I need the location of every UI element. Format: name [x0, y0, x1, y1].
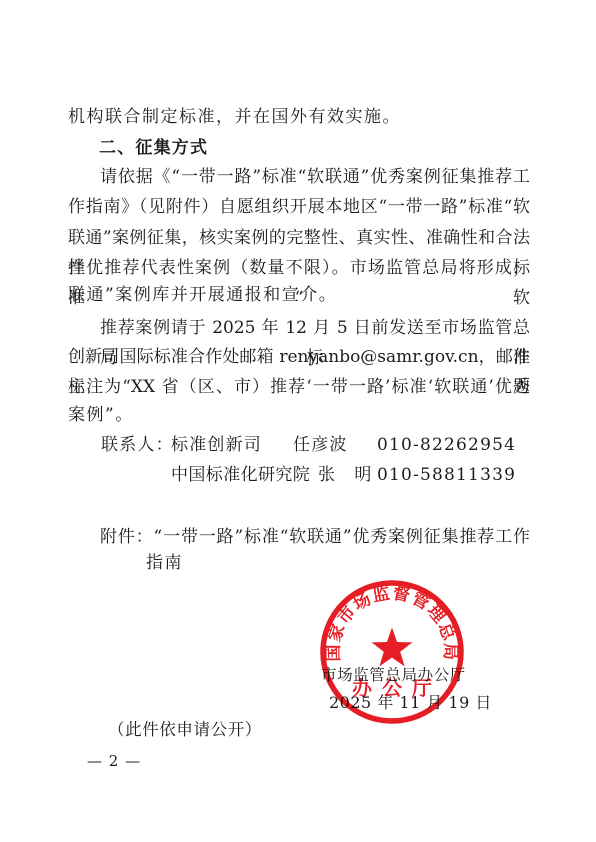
seal-center-text: 办公厅 [352, 676, 432, 700]
para1-line-4: 择优推荐代表性案例（数量不限）。市场监管总局将形成标准“软 [68, 253, 530, 283]
official-seal: 国家市场监督管理总局 办公厅 [317, 577, 467, 727]
para2-line-2: 创新司国际标准合作处邮箱 renyanbo@samr.gov.cn，邮件主题 [68, 342, 530, 372]
section-heading: 二、征集方式 [99, 133, 208, 163]
contact-name: 张 明 [318, 460, 373, 490]
para1-line-3: 联通”案例征集，核实案例的完整性、真实性、准确性和合法性， [68, 223, 530, 253]
contact-name: 任彦波 [293, 430, 348, 460]
disclosure-note: （此件依申请公开） [108, 715, 262, 745]
body-intro-line: 机构联合制定标准，并在国外有效实施。 [68, 102, 401, 132]
contact-org: 标准创新司 [171, 430, 262, 460]
attachment-continuation: 指南 [146, 548, 183, 578]
para2-line-3: 标注为“XX 省（区、市）推荐‘一带一路’标准‘软联通’优秀 [68, 372, 530, 402]
para1-line-1: 请依据《“一带一路”标准“软联通”优秀案例征集推荐工 [100, 162, 530, 192]
para1-line-5: 联通”案例库并开展通报和宣介。 [68, 280, 337, 310]
seal-star-icon [372, 628, 413, 667]
para2-line-1: 推荐案例请于 2025 年 12 月 5 日前发送至市场监管总局标准 [100, 313, 530, 343]
contact-phone: 010-58811339 [377, 460, 516, 490]
para1-line-2: 作指南》（见附件）自愿组织开展本地区“一带一路”标准“软 [68, 192, 530, 222]
document-page: 机构联合制定标准，并在国外有效实施。 二、征集方式 请依据《“一带一路”标准“软… [0, 0, 596, 842]
contact-phone: 010-82262954 [377, 430, 516, 460]
page-number: — 2 — [87, 752, 141, 770]
contact-org: 中国标准化研究院 [171, 460, 310, 490]
contact-label: 联系人： [101, 430, 174, 460]
para2-line-4: 案例”。 [68, 400, 134, 430]
